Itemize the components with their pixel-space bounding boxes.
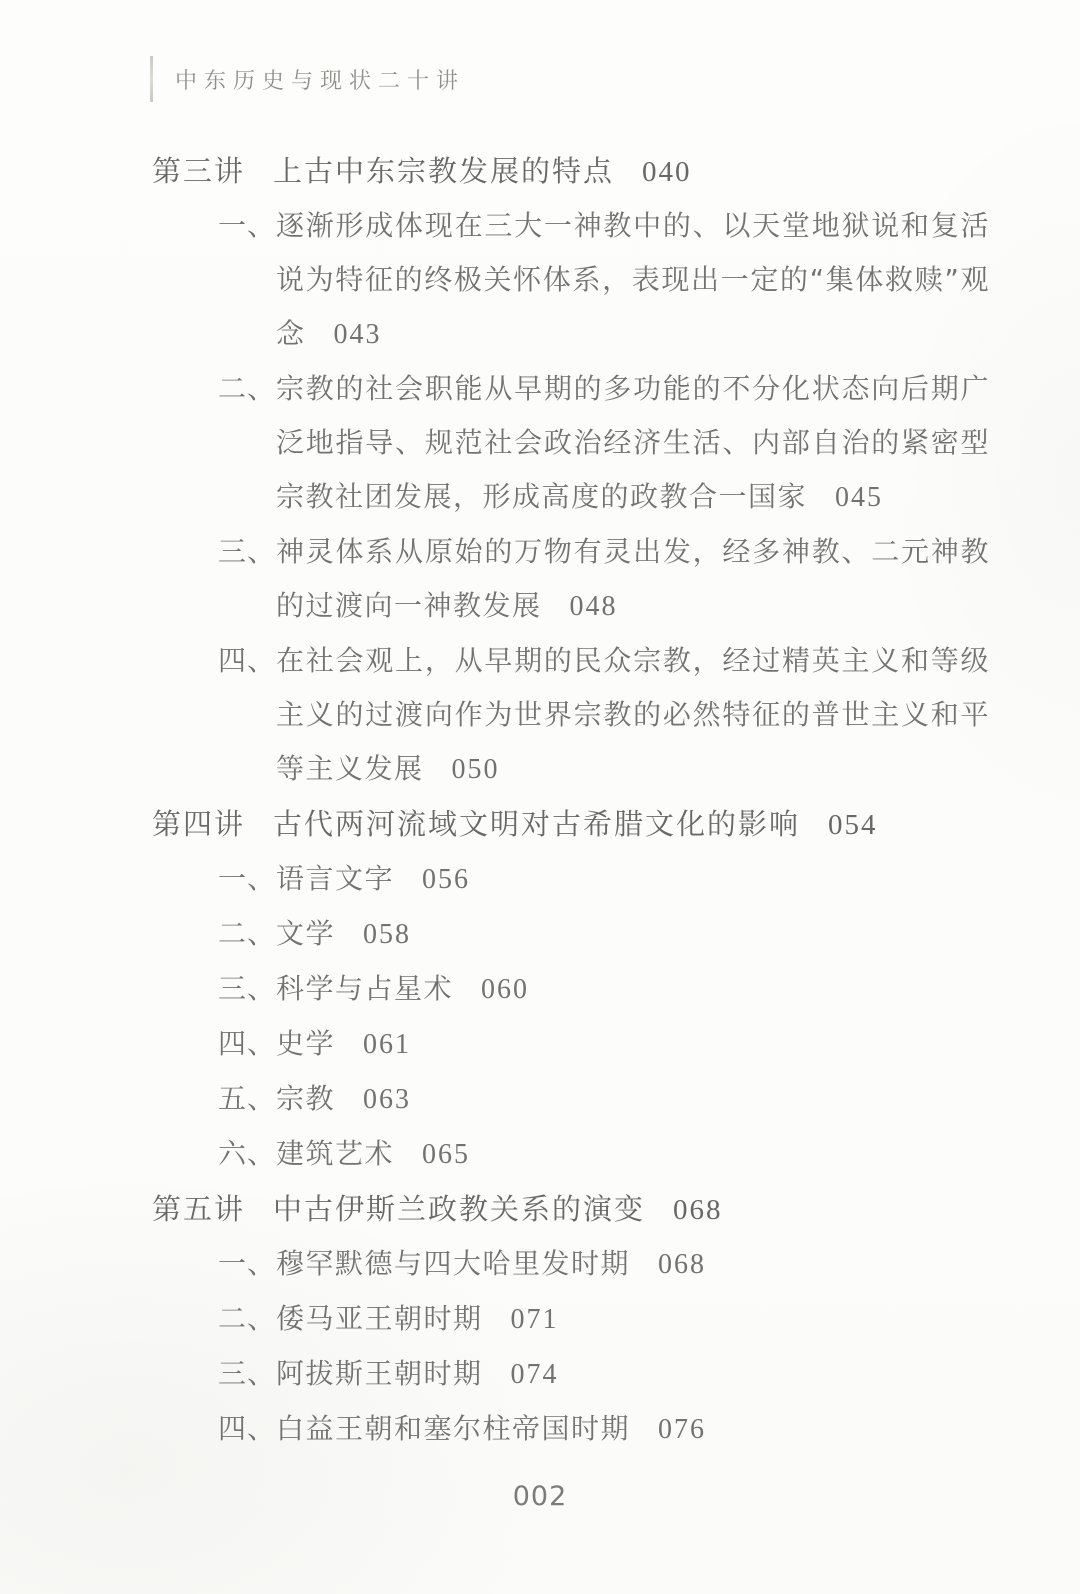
item-number: 二、 bbox=[218, 362, 276, 525]
chapter-page-number: 040 bbox=[642, 145, 692, 199]
item-body: 在社会观上，从早期的民众宗教，经过精英主义和等级主义的过渡向作为世界宗教的必然特… bbox=[276, 634, 990, 797]
item-page-number: 063 bbox=[363, 1084, 411, 1115]
toc-item: 三、 神灵体系从原始的万物有灵出发，经多神教、二元神教的过渡向一神教发展048 bbox=[152, 525, 990, 634]
item-page-number: 056 bbox=[422, 864, 470, 895]
item-body: 阿拔斯王朝时期074 bbox=[276, 1347, 990, 1402]
toc-item: 二、 文学058 bbox=[152, 907, 990, 962]
item-text: 宗教 bbox=[276, 1082, 335, 1115]
item-body: 倭马亚王朝时期071 bbox=[276, 1292, 990, 1347]
item-number: 一、 bbox=[218, 199, 276, 362]
item-page-number: 043 bbox=[334, 319, 382, 350]
item-page-number: 058 bbox=[363, 919, 411, 950]
item-body: 穆罕默德与四大哈里发时期068 bbox=[276, 1237, 990, 1292]
item-number: 二、 bbox=[218, 1292, 276, 1347]
item-number: 四、 bbox=[218, 634, 276, 797]
item-text: 文学 bbox=[276, 917, 335, 950]
item-text: 在社会观上，从早期的民众宗教，经过精英主义和等级主义的过渡向作为世界宗教的必然特… bbox=[276, 644, 990, 785]
item-number: 三、 bbox=[218, 1347, 276, 1402]
chapter-title: 中古伊斯兰政教关系的演变 bbox=[273, 1182, 645, 1236]
running-head: 中东历史与现状二十讲 bbox=[150, 56, 465, 102]
item-number: 四、 bbox=[218, 1402, 276, 1457]
item-text: 穆罕默德与四大哈里发时期 bbox=[276, 1247, 630, 1280]
chapter-title: 古代两河流域文明对古希腊文化的影响 bbox=[273, 797, 800, 851]
item-page-number: 060 bbox=[481, 974, 529, 1005]
toc-item: 一、 语言文字056 bbox=[152, 852, 990, 907]
chapter-heading: 第四讲 古代两河流域文明对古希腊文化的影响 054 bbox=[152, 797, 990, 852]
item-page-number: 065 bbox=[422, 1139, 470, 1170]
toc-item: 一、 穆罕默德与四大哈里发时期068 bbox=[152, 1237, 990, 1292]
chapter-items: 一、 逐渐形成体现在三大一神教中的、以天堂地狱说和复活说为特征的终极关怀体系，表… bbox=[152, 199, 990, 797]
header-rule bbox=[150, 56, 153, 102]
item-page-number: 048 bbox=[570, 591, 618, 622]
item-body: 白益王朝和塞尔柱帝国时期076 bbox=[276, 1402, 990, 1457]
toc-item: 五、 宗教063 bbox=[152, 1072, 990, 1127]
item-text: 建筑艺术 bbox=[276, 1137, 394, 1170]
item-text: 史学 bbox=[276, 1027, 335, 1060]
item-number: 一、 bbox=[218, 1237, 276, 1292]
toc-item: 二、 宗教的社会职能从早期的多功能的不分化状态向后期广泛地指导、规范社会政治经济… bbox=[152, 362, 990, 525]
chapter-label: 第五讲 bbox=[152, 1182, 245, 1236]
toc-chapter: 第三讲 上古中东宗教发展的特点 040 一、 逐渐形成体现在三大一神教中的、以天… bbox=[152, 144, 990, 797]
toc-item: 二、 倭马亚王朝时期071 bbox=[152, 1292, 990, 1347]
chapter-items: 一、 语言文字056 二、 文学058 三、 科学与占星术060 四、 史学06… bbox=[152, 852, 990, 1182]
item-number: 五、 bbox=[218, 1072, 276, 1127]
item-body: 语言文字056 bbox=[276, 852, 990, 907]
item-page-number: 068 bbox=[658, 1249, 706, 1280]
item-page-number: 076 bbox=[658, 1414, 706, 1445]
chapter-title: 上古中东宗教发展的特点 bbox=[273, 144, 614, 198]
page-number: 002 bbox=[0, 1481, 1080, 1512]
chapter-items: 一、 穆罕默德与四大哈里发时期068 二、 倭马亚王朝时期071 三、 阿拔斯王… bbox=[152, 1237, 990, 1457]
item-number: 六、 bbox=[218, 1127, 276, 1182]
item-text: 逐渐形成体现在三大一神教中的、以天堂地狱说和复活说为特征的终极关怀体系，表现出一… bbox=[276, 209, 990, 350]
item-text: 神灵体系从原始的万物有灵出发，经多神教、二元神教的过渡向一神教发展 bbox=[276, 535, 990, 622]
toc-chapter: 第五讲 中古伊斯兰政教关系的演变 068 一、 穆罕默德与四大哈里发时期068 … bbox=[152, 1182, 990, 1457]
scanned-toc-page: 中东历史与现状二十讲 第三讲 上古中东宗教发展的特点 040 一、 逐渐形成体现… bbox=[0, 0, 1080, 1594]
item-body: 宗教063 bbox=[276, 1072, 990, 1127]
item-number: 一、 bbox=[218, 852, 276, 907]
item-body: 逐渐形成体现在三大一神教中的、以天堂地狱说和复活说为特征的终极关怀体系，表现出一… bbox=[276, 199, 990, 362]
item-page-number: 045 bbox=[835, 482, 883, 513]
item-number: 二、 bbox=[218, 907, 276, 962]
item-page-number: 074 bbox=[511, 1359, 559, 1390]
toc-item: 一、 逐渐形成体现在三大一神教中的、以天堂地狱说和复活说为特征的终极关怀体系，表… bbox=[152, 199, 990, 362]
item-body: 史学061 bbox=[276, 1017, 990, 1072]
item-body: 建筑艺术065 bbox=[276, 1127, 990, 1182]
chapter-label: 第三讲 bbox=[152, 144, 245, 198]
item-body: 文学058 bbox=[276, 907, 990, 962]
item-text: 倭马亚王朝时期 bbox=[276, 1302, 483, 1335]
chapter-page-number: 054 bbox=[828, 798, 878, 852]
item-page-number: 071 bbox=[511, 1304, 559, 1335]
chapter-heading: 第五讲 中古伊斯兰政教关系的演变 068 bbox=[152, 1182, 990, 1237]
item-number: 三、 bbox=[218, 525, 276, 634]
item-body: 宗教的社会职能从早期的多功能的不分化状态向后期广泛地指导、规范社会政治经济生活、… bbox=[276, 362, 990, 525]
toc-item: 四、 在社会观上，从早期的民众宗教，经过精英主义和等级主义的过渡向作为世界宗教的… bbox=[152, 634, 990, 797]
item-text: 白益王朝和塞尔柱帝国时期 bbox=[276, 1412, 630, 1445]
toc-item: 四、 白益王朝和塞尔柱帝国时期076 bbox=[152, 1402, 990, 1457]
item-text: 阿拔斯王朝时期 bbox=[276, 1357, 483, 1390]
toc-chapter: 第四讲 古代两河流域文明对古希腊文化的影响 054 一、 语言文字056 二、 … bbox=[152, 797, 990, 1182]
chapter-label: 第四讲 bbox=[152, 797, 245, 851]
chapter-page-number: 068 bbox=[673, 1183, 723, 1237]
item-page-number: 050 bbox=[452, 754, 500, 785]
toc-item: 三、 科学与占星术060 bbox=[152, 962, 990, 1017]
toc-list: 第三讲 上古中东宗教发展的特点 040 一、 逐渐形成体现在三大一神教中的、以天… bbox=[152, 144, 990, 1457]
item-number: 三、 bbox=[218, 962, 276, 1017]
item-body: 神灵体系从原始的万物有灵出发，经多神教、二元神教的过渡向一神教发展048 bbox=[276, 525, 990, 634]
item-text: 科学与占星术 bbox=[276, 972, 453, 1005]
item-body: 科学与占星术060 bbox=[276, 962, 990, 1017]
book-title: 中东历史与现状二十讲 bbox=[175, 64, 465, 95]
chapter-heading: 第三讲 上古中东宗教发展的特点 040 bbox=[152, 144, 990, 199]
item-number: 四、 bbox=[218, 1017, 276, 1072]
item-text: 语言文字 bbox=[276, 862, 394, 895]
item-page-number: 061 bbox=[363, 1029, 411, 1060]
toc-item: 三、 阿拔斯王朝时期074 bbox=[152, 1347, 990, 1402]
toc-item: 六、 建筑艺术065 bbox=[152, 1127, 990, 1182]
toc-item: 四、 史学061 bbox=[152, 1017, 990, 1072]
